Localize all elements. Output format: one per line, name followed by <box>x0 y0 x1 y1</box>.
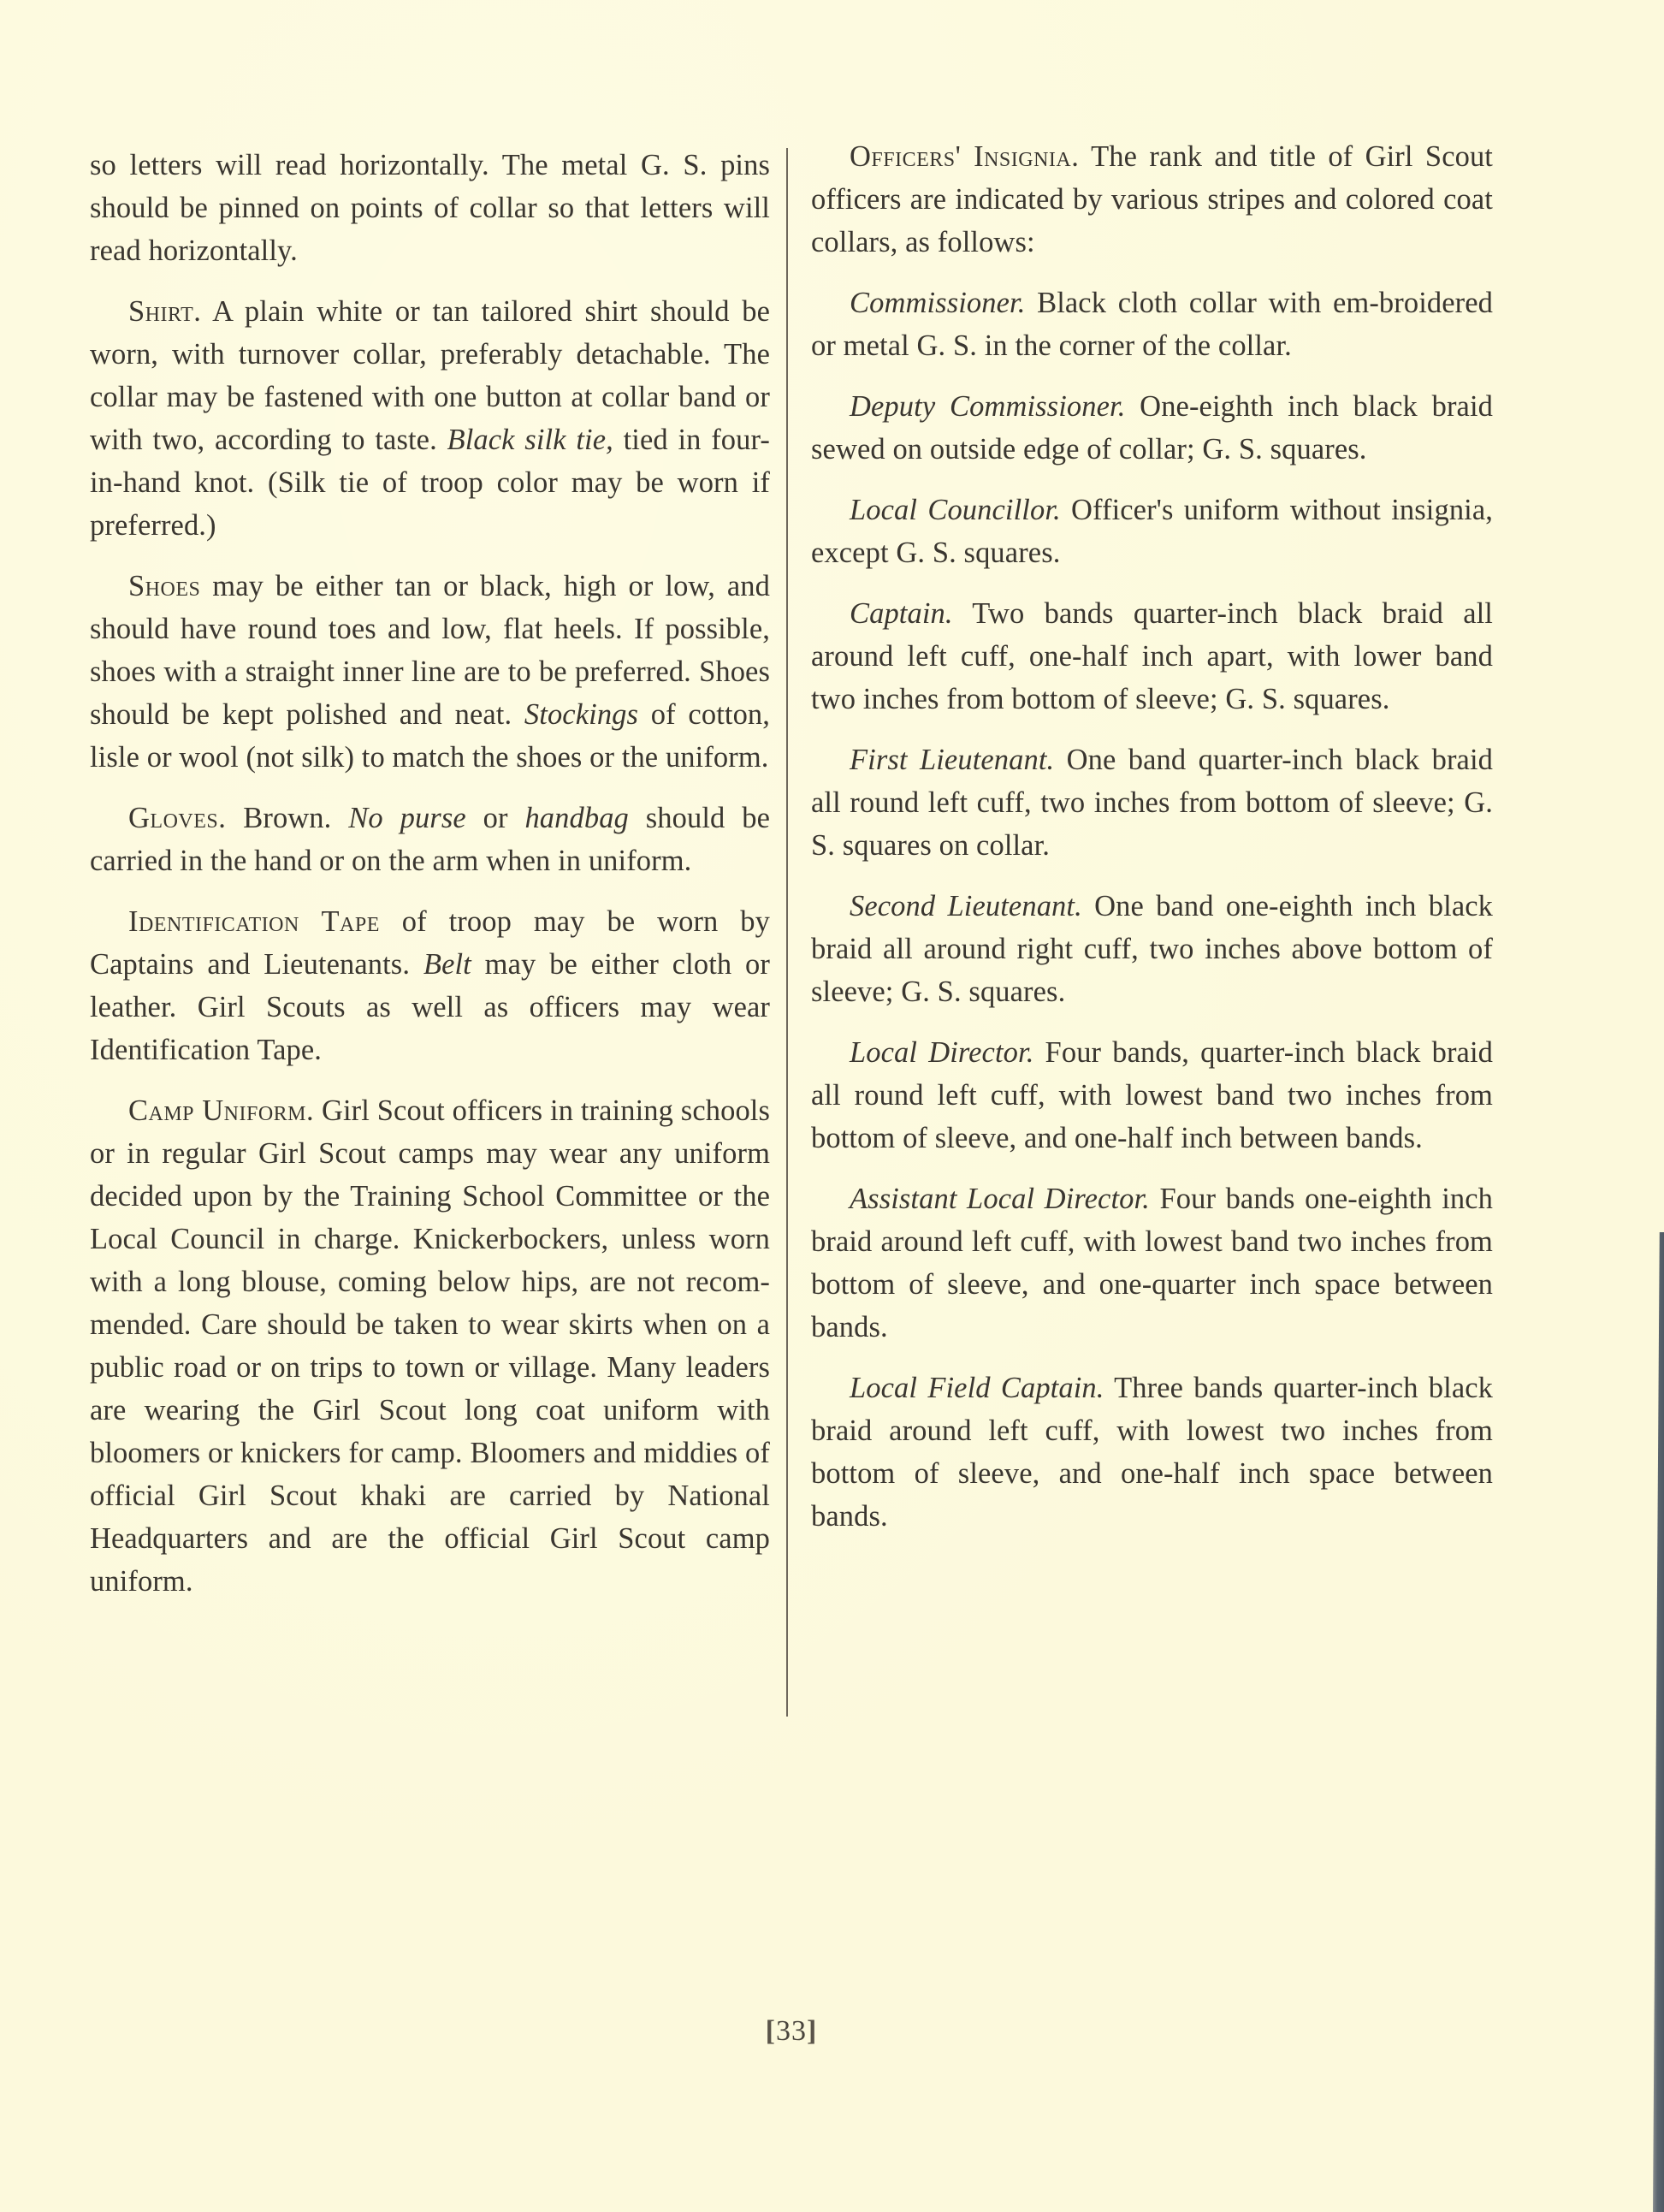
column-divider <box>786 148 788 1717</box>
paragraph-first-lieutenant: First Lieutenant. One band quarter-inch … <box>811 738 1493 867</box>
paragraph-camp-uniform: Camp Uniform. Girl Scout officers in tra… <box>90 1089 770 1603</box>
section-heading-shoes: Shoes <box>128 570 200 602</box>
paragraph-text: or <box>466 802 525 834</box>
rank-title-local-director: Local Director. <box>850 1036 1033 1069</box>
section-heading-officers-insignia: Officers' Insignia. <box>850 140 1079 173</box>
rank-title-assistant-local-director: Assistant Local Director. <box>850 1183 1150 1215</box>
emphasis-belt: Belt <box>423 948 471 981</box>
page-number-value: 33 <box>776 2015 807 2047</box>
paragraph-commissioner: Commissioner. Black cloth collar with em… <box>811 282 1493 367</box>
section-heading-gloves: Gloves. <box>128 802 226 834</box>
paragraph-shirt: Shirt. A plain white or tan tailored shi… <box>90 290 770 547</box>
page-number-open-bracket: [ <box>766 2015 776 2047</box>
paragraph-shoes: Shoes may be either tan or black, high o… <box>90 565 770 779</box>
paragraph-continuation: so letters will read horizontally. The m… <box>90 144 770 272</box>
right-column: Officers' Insignia. The rank and title o… <box>811 135 1493 1556</box>
section-heading-identification-tape: Identification Tape <box>128 905 380 938</box>
page-number: [33] <box>0 2013 1583 2050</box>
rank-title-local-councillor: Local Councillor. <box>850 494 1061 526</box>
rank-title-captain: Captain. <box>850 597 953 630</box>
paragraph-second-lieutenant: Second Lieutenant. One band one-eighth i… <box>811 885 1493 1013</box>
paragraph-text: so letters will read horizontally. The m… <box>90 149 770 267</box>
paragraph-identification-tape: Identification Tape of troop may be worn… <box>90 900 770 1071</box>
rank-title-commissioner: Commissioner. <box>850 287 1025 319</box>
emphasis-handbag: handbag <box>524 802 628 834</box>
book-edge-shadow <box>1653 1232 1664 2212</box>
paragraph-officers-insignia: Officers' Insignia. The rank and title o… <box>811 135 1493 264</box>
rank-title-deputy-commissioner: Deputy Commissioner. <box>850 390 1125 423</box>
section-heading-camp-uniform: Camp Uniform. <box>128 1094 314 1127</box>
paragraph-text: Girl Scout officers in training schools … <box>90 1094 770 1598</box>
paragraph-local-councillor: Local Councillor. Officer's uniform with… <box>811 489 1493 574</box>
paragraph-gloves: Gloves. Brown. No purse or handbag shoul… <box>90 797 770 882</box>
paragraph-assistant-local-director: Assistant Local Director. Four bands one… <box>811 1177 1493 1349</box>
paragraph-text: Brown. <box>226 802 348 834</box>
left-column: so letters will read horizontally. The m… <box>90 144 770 1621</box>
rank-title-local-field-captain: Local Field Captain. <box>850 1372 1104 1404</box>
emphasis-black-silk-tie: Black silk tie, <box>447 424 613 456</box>
rank-title-first-lieutenant: First Lieutenant. <box>850 744 1054 776</box>
emphasis-no-purse: No purse <box>348 802 466 834</box>
emphasis-stockings: Stockings <box>524 698 638 731</box>
paragraph-local-director: Local Director. Four bands, quarter-inch… <box>811 1031 1493 1159</box>
book-page: so letters will read horizontally. The m… <box>0 0 1664 2212</box>
paragraph-deputy-commissioner: Deputy Commissioner. One-eighth inch bla… <box>811 385 1493 471</box>
page-number-close-bracket: ] <box>807 2015 817 2047</box>
paragraph-captain: Captain. Two bands quarter-inch black br… <box>811 592 1493 721</box>
rank-title-second-lieutenant: Second Lieutenant. <box>850 890 1082 922</box>
paragraph-local-field-captain: Local Field Captain. Three bands quarter… <box>811 1367 1493 1538</box>
section-heading-shirt: Shirt. <box>128 295 201 328</box>
